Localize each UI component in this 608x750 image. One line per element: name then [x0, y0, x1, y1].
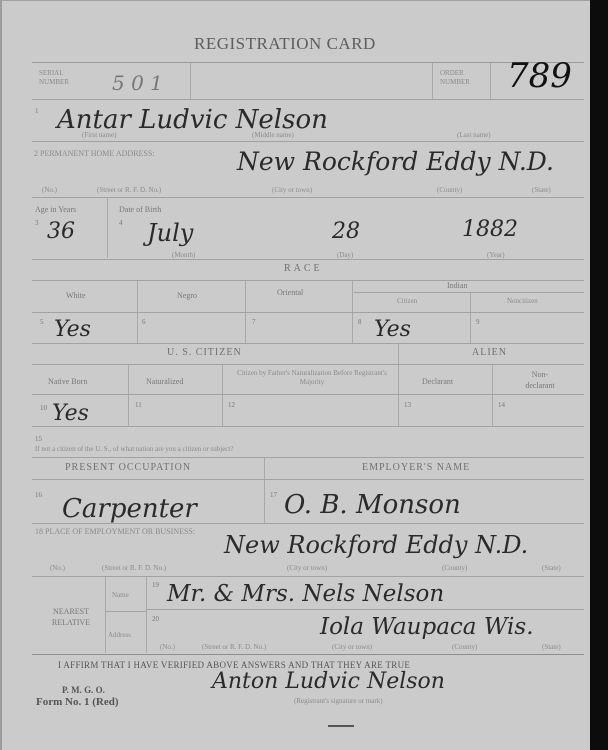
field-number: 16 [35, 491, 42, 499]
citizen-column-native: Native Born [48, 377, 87, 386]
card-title: REGISTRATION CARD [194, 34, 376, 54]
field-number: 9 [476, 318, 480, 326]
field-number: 15 [35, 435, 42, 443]
order-value: 789 [507, 56, 572, 96]
form-agency: P. M. G. O. [62, 685, 105, 695]
serial-label: SERIAL NUMBER [39, 69, 79, 87]
divider [32, 654, 584, 655]
field-number: 13 [404, 401, 411, 409]
caption: (Middle name) [252, 131, 294, 139]
occupation-value: Carpenter [62, 494, 197, 524]
relative-address-label: Address [108, 631, 131, 639]
relative-name-value: Mr. & Mrs. Nels Nelson [167, 581, 444, 607]
field-number: 1 [35, 107, 39, 115]
field-number: 6 [142, 318, 146, 326]
divider [32, 479, 584, 480]
citizen-column-naturalized: Naturalized [146, 377, 183, 386]
field-number: 10 [40, 404, 47, 412]
divider [490, 63, 491, 99]
occupation-heading: PRESENT OCCUPATION [65, 462, 191, 473]
caption: (Day) [337, 251, 353, 259]
alien-column-nondeclarant: Non-declarant [520, 369, 560, 391]
divider [32, 394, 584, 395]
home-address: New Rockford Eddy N.D. [237, 147, 554, 176]
divider [146, 577, 147, 653]
birth-day: 28 [332, 219, 360, 244]
caption: (No.) [50, 564, 65, 572]
employer-value: O. B. Monson [284, 490, 461, 520]
divider [32, 523, 584, 524]
divider [432, 63, 433, 99]
caption: (State) [542, 564, 561, 572]
foreign-nation-question: If not a citizen of the U. S., of what n… [35, 445, 233, 453]
address-label: 2 PERMANENT HOME ADDRESS: [34, 149, 155, 158]
citizen-column-fathers: Citizen by Father's Naturalization Befor… [234, 369, 390, 387]
age-value: 36 [47, 219, 75, 244]
caption: (Street or R. F. D. No.) [202, 643, 266, 651]
registrant-signature: Anton Ludvic Nelson [212, 669, 445, 694]
race-column-noncitizen: Noncitizen [507, 297, 538, 305]
native-born-value: Yes [52, 401, 89, 426]
field-number: 20 [152, 615, 159, 623]
divider [264, 458, 265, 523]
race-column-citizen: Citizen [397, 297, 417, 305]
birth-label: Date of Birth [119, 205, 161, 214]
divider [32, 141, 584, 142]
us-citizen-heading: U. S. CITIZEN [167, 347, 242, 358]
divider [398, 344, 399, 426]
divider [190, 63, 191, 99]
alien-heading: ALIEN [472, 347, 507, 358]
divider [147, 609, 584, 610]
race-indian-citizen-value: Yes [374, 317, 411, 342]
divider [128, 365, 129, 426]
divider [32, 259, 584, 260]
race-white-value: Yes [54, 317, 91, 342]
race-heading: RACE [284, 263, 323, 274]
registration-card: REGISTRATION CARD SERIAL NUMBER 5 0 1 OR… [0, 0, 592, 750]
field-number: 3 [35, 219, 39, 227]
birth-month: July [147, 219, 193, 247]
age-label: Age in Years [35, 205, 76, 214]
indian-heading: Indian [447, 281, 467, 290]
field-number: 8 [358, 318, 362, 326]
divider [32, 62, 584, 63]
field-number: 7 [252, 318, 256, 326]
field-number: 19 [152, 581, 159, 589]
caption: (County) [442, 564, 467, 572]
caption: (Street or R. F. D. No.) [97, 186, 161, 194]
caption: (City or town) [287, 564, 327, 572]
caption: (First name) [82, 131, 116, 139]
caption: (Year) [487, 251, 505, 259]
field-number: 14 [498, 401, 505, 409]
order-label: ORDER NUMBER [440, 69, 485, 87]
caption: (Street or R. F. D. No.) [102, 564, 166, 572]
divider [32, 197, 584, 198]
field-number: 11 [135, 401, 142, 409]
caption: (City or town) [272, 186, 312, 194]
employer-heading: EMPLOYER'S NAME [362, 462, 470, 473]
divider [32, 364, 584, 365]
divider [354, 292, 584, 293]
field-number: 17 [270, 491, 277, 499]
divider [106, 611, 146, 612]
employment-place-value: New Rockford Eddy N.D. [224, 531, 528, 559]
caption: (No.) [160, 643, 175, 651]
field-number: 12 [228, 401, 235, 409]
employment-place-label: 18 PLACE OF EMPLOYMENT OR BUSINESS: [35, 527, 195, 536]
divider [32, 99, 584, 100]
divider [32, 426, 584, 427]
relative-address-value: Iola Waupaca Wis. [320, 614, 534, 640]
field-number: 4 [119, 219, 123, 227]
divider [105, 577, 106, 653]
birth-year: 1882 [462, 217, 518, 242]
caption: (County) [452, 643, 477, 651]
caption: (State) [542, 643, 561, 651]
caption: (Month) [172, 251, 195, 259]
caption: (State) [532, 186, 551, 194]
caption: (City or town) [332, 643, 372, 651]
divider [32, 280, 584, 281]
relative-name-label: Name [112, 591, 129, 599]
divider [492, 365, 493, 426]
divider [32, 312, 584, 313]
ink-mark [328, 725, 354, 727]
signature-caption: (Registrant's signature or mark) [294, 697, 383, 705]
caption: (No.) [42, 186, 57, 194]
scan-edge [590, 0, 608, 750]
divider [32, 343, 584, 344]
alien-column-declarant: Declarant [422, 377, 453, 386]
nearest-relative-heading: NEAREST RELATIVE [40, 606, 102, 628]
race-column-negro: Negro [177, 291, 197, 300]
form-number: Form No. 1 (Red) [36, 696, 118, 708]
race-column-white: White [66, 291, 86, 300]
field-number: 5 [40, 318, 44, 326]
divider [222, 365, 223, 426]
race-column-oriental: Oriental [277, 288, 303, 297]
divider [32, 576, 584, 577]
caption: (County) [437, 186, 462, 194]
divider [470, 293, 471, 343]
caption: (Last name) [457, 131, 491, 139]
divider [32, 457, 584, 458]
divider [107, 198, 108, 258]
serial-value: 5 0 1 [112, 71, 163, 95]
